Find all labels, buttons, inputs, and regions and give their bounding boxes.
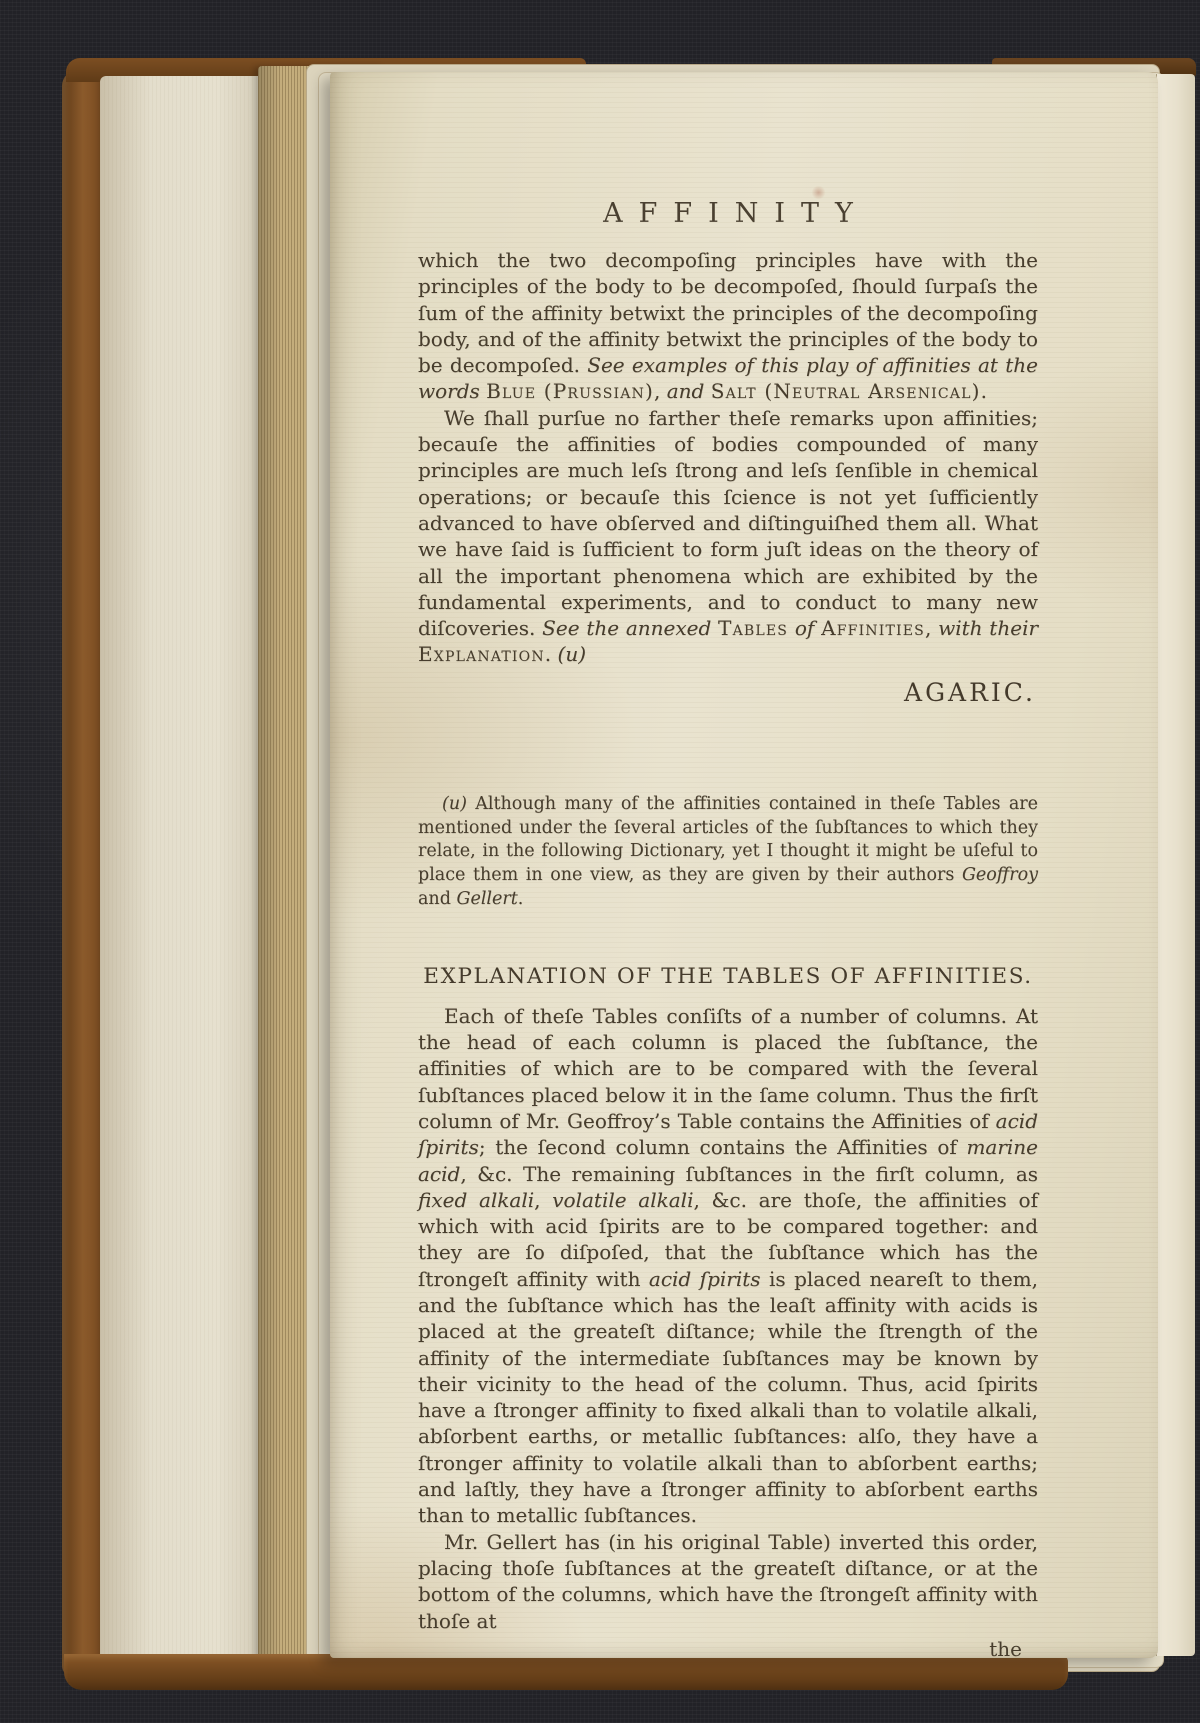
body-paragraph: Each of theſe Tables conſiſts of a numbe… xyxy=(418,1003,1038,1529)
text-block: AFFINITY which the two decompoſing princ… xyxy=(418,198,1038,1661)
body-paragraph: We ſhall purſue no farther theſe remarks… xyxy=(418,405,1038,668)
next-page-edge xyxy=(1156,74,1195,1656)
body-paragraph: Mr. Gellert has (in his original Table) … xyxy=(418,1529,1038,1634)
footnote: (u) Although many of the affinities cont… xyxy=(418,793,1038,912)
scanned-book-photo: AFFINITY which the two decompoſing princ… xyxy=(0,0,1200,1723)
catchword: the xyxy=(418,1637,1022,1661)
book: AFFINITY which the two decompoſing princ… xyxy=(62,58,1194,1690)
endpaper-page xyxy=(100,76,268,1660)
next-article-word: AGARIC. xyxy=(418,678,1036,707)
book-page: AFFINITY which the two decompoſing princ… xyxy=(330,72,1158,1658)
body-paragraph: which the two decompoſing principles hav… xyxy=(418,247,1038,405)
running-head: AFFINITY xyxy=(418,198,1038,229)
section-heading: EXPLANATION OF THE TABLES OF AFFINITIES. xyxy=(418,964,1038,989)
